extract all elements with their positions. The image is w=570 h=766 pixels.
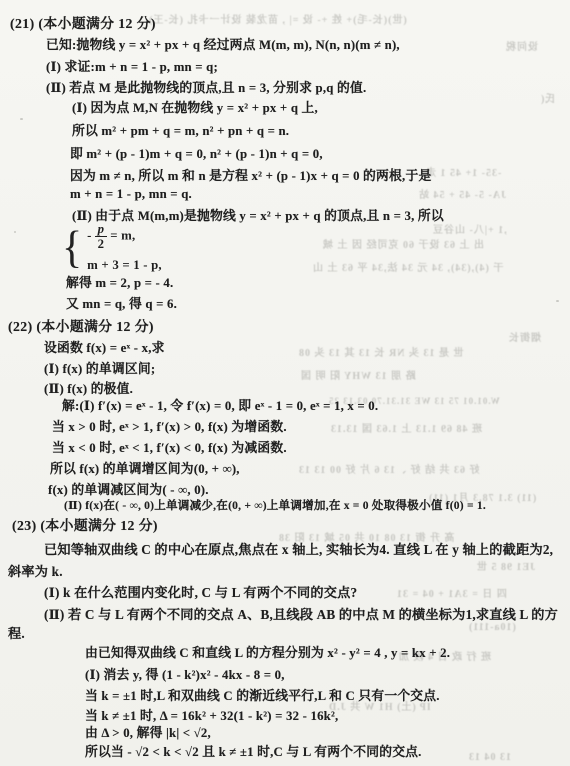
bleedthrough-text: 氏( (540, 90, 555, 105)
q21-sol-line: (Ⅰ) 因为点 M,N 在抛物线 y = x² + px + q 上, (72, 97, 318, 116)
equation-system: { -p2= m, m + 3 = 1 - p, (62, 221, 162, 275)
bleedthrough-text: 好 63 共 结 好 、13 6 片 好 00 13 13 (298, 461, 480, 476)
bleedthrough-text: 烟街长 (508, 329, 541, 344)
q21-sol-line: 所以 m² + pm + q = m, n² + pn + q = n. (72, 120, 289, 139)
q22-part1: (Ⅰ) f(x) 的单调区间; (44, 358, 155, 377)
system-row-2: m + 3 = 1 - p, (87, 258, 162, 273)
q23-part1: (Ⅰ) k 在什么范围内变化时, C 与 L 有两个不同的交点? (44, 582, 357, 601)
bleedthrough-text: 干 (4),(34), 34 元 34 法,34 平 63 土 山 (312, 259, 503, 274)
q22-sol-line: 当 x < 0 时, eˣ < 1, f′(x) < 0, f(x) 为减函数. (52, 437, 287, 456)
q21-part1: (Ⅰ) 求证:m + n = 1 - p, mn = q; (46, 56, 218, 75)
q21-sol-line: m + n = 1 - p, mn = q. (70, 187, 192, 202)
q23-intro-wrap: 斜率为 k. (8, 561, 63, 580)
q23-part2: (Ⅱ) 若 C 与 L 有两个不同的交点 A、B,且线段 AB 的中点 M 的横… (44, 604, 558, 623)
bleedthrough-text: 班 48 69 1.13 上 1.63 国 13.13 (330, 420, 482, 435)
system-brace: { (62, 219, 82, 277)
q21-sol-line: 解得 m = 2, p = - 4. (66, 272, 173, 291)
q23-sol-line: 当 k = ±1 时,L 和双曲线 C 的渐近线平行,L 和 C 只有一个交点. (85, 685, 440, 704)
bleedthrough-text: (10a-111) (468, 622, 516, 633)
q22-header: (22) (本小题满分 12 分) (8, 315, 154, 335)
scan-speck (14, 231, 16, 233)
exam-solution-page: (世)(长-毛)+ 姓 +- 设 =| , 苗龙装 设计一卡扎 (长-王)设问税… (0, 0, 570, 766)
q22-sol-line: 当 x > 0 时, eˣ > 1, f′(x) > 0, f(x) 为增函数. (52, 416, 287, 435)
fraction-rhs: = m, (110, 228, 135, 242)
q22-sol-line: 解:(Ⅰ) f′(x) = eˣ - 1, 令 f′(x) = 0, 即 eˣ … (62, 395, 378, 414)
bleedthrough-text: JE1 98 5 世 (476, 558, 535, 573)
scan-speck (20, 118, 23, 120)
q23-sol-line: (Ⅰ) 消去 y, 得 (1 - k²)x² - 4kx - 8 = 0, (85, 664, 285, 683)
bleedthrough-text: 13 04 13 (468, 752, 511, 763)
q23-sol-line: 由已知得双曲线 C 和直线 L 的方程分别为 x² - y² = 4 , y =… (85, 642, 450, 661)
q22-sol-line: (Ⅱ) f(x)在( - ∞, 0)上单调减少,在(0, + ∞)上单调增加,在… (64, 497, 486, 513)
scan-speck (556, 300, 559, 302)
q21-part2: (Ⅱ) 若点 M 是此抛物线的顶点,且 n = 3, 分别求 p,q 的值. (46, 77, 366, 96)
bleedthrough-text: -35- 1+ 45 1 走 (425, 164, 501, 179)
q22-sol-line: 所以 f(x) 的单调增区间为(0, + ∞), (50, 458, 240, 477)
fraction-p-over-2: p2 (95, 223, 108, 251)
q23-part2-wrap: 程. (8, 623, 25, 642)
q21-given: 已知:抛物线 y = x² + px + q 经过两点 M(m, m), N(n… (46, 34, 400, 53)
system-row-fraction: -p2= m, (87, 223, 162, 251)
fraction-sign: - (87, 228, 91, 242)
q21-header: (21) (本小题满分 12 分) (10, 12, 156, 32)
q21-sol-line: 又 mn = q, 得 q = 6. (66, 293, 177, 312)
q21-sol-line: 即 m² + (p - 1)m + q = 0, n² + (p - 1)n +… (70, 143, 323, 162)
bleedthrough-text: 出 上 63 设于 60 克司经 因 土 城 (322, 236, 484, 251)
bleedthrough-text: 世 是 13 头 NR 长 13 其 13 头 08 (298, 344, 463, 359)
q23-intro: 已知等轴双曲线 C 的中心在原点,焦点在 x 轴上, 实轴长为4. 直线 L 在… (44, 539, 553, 558)
q23-sol-line: 所以当 - √2 < k < √2 且 k ≠ ±1 时,C 与 L 有两个不同… (85, 741, 422, 760)
bleedthrough-text: (世)(长-毛)+ 姓 +- 设 =| , 苗龙装 设计一卡扎 (长-王) (148, 11, 407, 26)
q23-sol-line: 由 Δ > 0, 解得 |k| < √2, (85, 722, 211, 741)
bleedthrough-text: 四 日 = 3A1 + 04 = 31 (396, 585, 507, 600)
q21-sol-line: 因为 m ≠ n, 所以 m 和 n 是方程 x² + (p - 1)x + q… (70, 165, 431, 184)
scanned-exam-page: { "colors":{"paper":"#f4f4f0","ink":"#1e… (0, 0, 570, 766)
bleedthrough-text: JA- 5- 45 + 54 站 (418, 186, 506, 201)
q22-sol-line: f(x) 的单调减区间为( - ∞, 0). (48, 479, 209, 498)
q23-header: (23) (本小题满分 12 分) (12, 514, 158, 534)
bleedthrough-text: 设问税 (505, 38, 538, 53)
bleedthrough-text: 路 朋 13 WHY 阳 明 国 (300, 367, 416, 382)
q22-intro: 设函数 f(x) = eˣ - x,求 (44, 337, 165, 356)
